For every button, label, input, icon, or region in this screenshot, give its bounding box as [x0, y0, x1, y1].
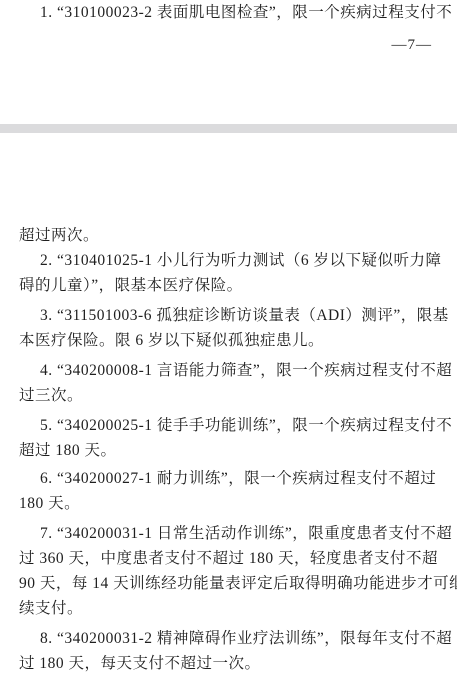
document-line: 碍的儿童）”，限基本医疗保险。 [19, 273, 457, 298]
document-page-view: 1. “310100023-2 表面肌电图检查”，限一个疾病过程支付不 —7— … [0, 0, 457, 679]
document-line: 6. “340200027-1 耐力训练”，限一个疾病过程支付不超过 [19, 466, 457, 491]
document-line: 8. “340200031-2 精神障碍作业疗法训练”，限每年支付不超 [19, 626, 457, 651]
document-line: 过 360 天，中度患者支付不超过 180 天，轻度患者支付不超 [19, 546, 457, 571]
prev-page-last-line: 1. “310100023-2 表面肌电图检查”，限一个疾病过程支付不 [19, 0, 457, 25]
document-line: 本医疗保险。限 6 岁以下疑似孤独症患儿。 [19, 328, 457, 353]
document-line: 续支付。 [19, 596, 457, 621]
document-line: 过三次。 [19, 383, 457, 408]
page-number: —7— [392, 35, 433, 55]
page-body: 超过两次。 2. “310401025-1 小儿行为听力测试（6 岁以下疑似听力… [19, 223, 457, 676]
document-line: 180 天。 [19, 491, 457, 516]
document-line: 超过 180 天。 [19, 438, 457, 463]
document-line: 90 天，每 14 天训练经功能量表评定后取得明确功能进步才可继 [19, 571, 457, 596]
page-gap-separator [0, 124, 457, 133]
document-line: 4. “340200008-1 言语能力筛查”，限一个疾病过程支付不超 [19, 358, 457, 383]
document-line: 7. “340200031-1 日常生活动作训练”，限重度患者支付不超 [19, 521, 457, 546]
document-line: 过 180 天，每天支付不超过一次。 [19, 651, 457, 676]
document-line: 2. “310401025-1 小儿行为听力测试（6 岁以下疑似听力障 [19, 248, 457, 273]
document-line: 5. “340200025-1 徒手手功能训练”，限一个疾病过程支付不 [19, 413, 457, 438]
document-line: 超过两次。 [19, 223, 457, 248]
document-line: 3. “311501003-6 孤独症诊断访谈量表（ADI）测评”，限基 [19, 303, 457, 328]
